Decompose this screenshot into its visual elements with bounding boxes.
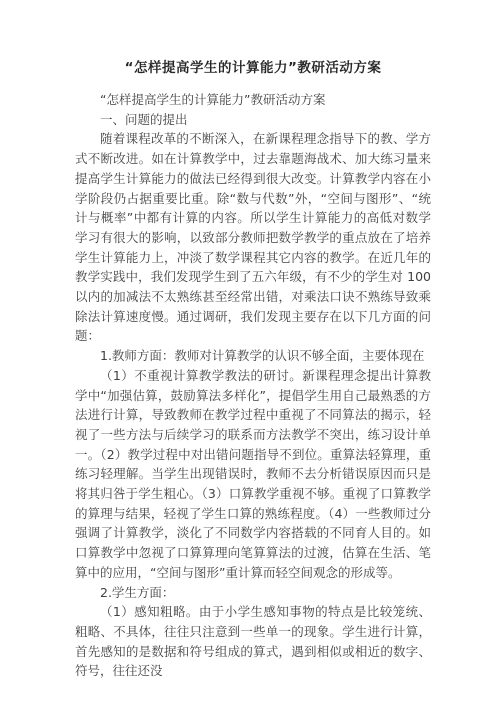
paragraph-student-aspect-heading: 2.学生方面： [75,583,431,603]
paragraph-problem-intro: 随着课程改革的不断深入，在新课程理念指导下的教、学方式不断改进。如在计算教学中，… [75,129,431,346]
document-body: “怎样提高学生的计算能力”教研活动方案 一、问题的提出 随着课程改革的不断深入，… [75,90,431,681]
paragraph-teacher-aspect-heading: 1.教师方面：教师对计算教学的认识不够全面，主要体现在 [75,346,431,366]
paragraph-student-aspect-details: （1）感知粗略。由于小学生感知事物的特点是比较笼统、粗略、不具体，往往只注意到一… [75,602,431,681]
document-title: “怎样提高学生的计算能力”教研活动方案 [75,55,431,81]
paragraph-section-heading-1: 一、问题的提出 [75,110,431,130]
document-page: “怎样提高学生的计算能力”教研活动方案 “怎样提高学生的计算能力”教研活动方案 … [0,0,500,707]
paragraph-subtitle: “怎样提高学生的计算能力”教研活动方案 [75,90,431,110]
paragraph-teacher-aspect-details: （1）不重视计算教学教法的研讨。新课程理念提出计算教学中“加强估算，鼓励算法多样… [75,366,431,583]
